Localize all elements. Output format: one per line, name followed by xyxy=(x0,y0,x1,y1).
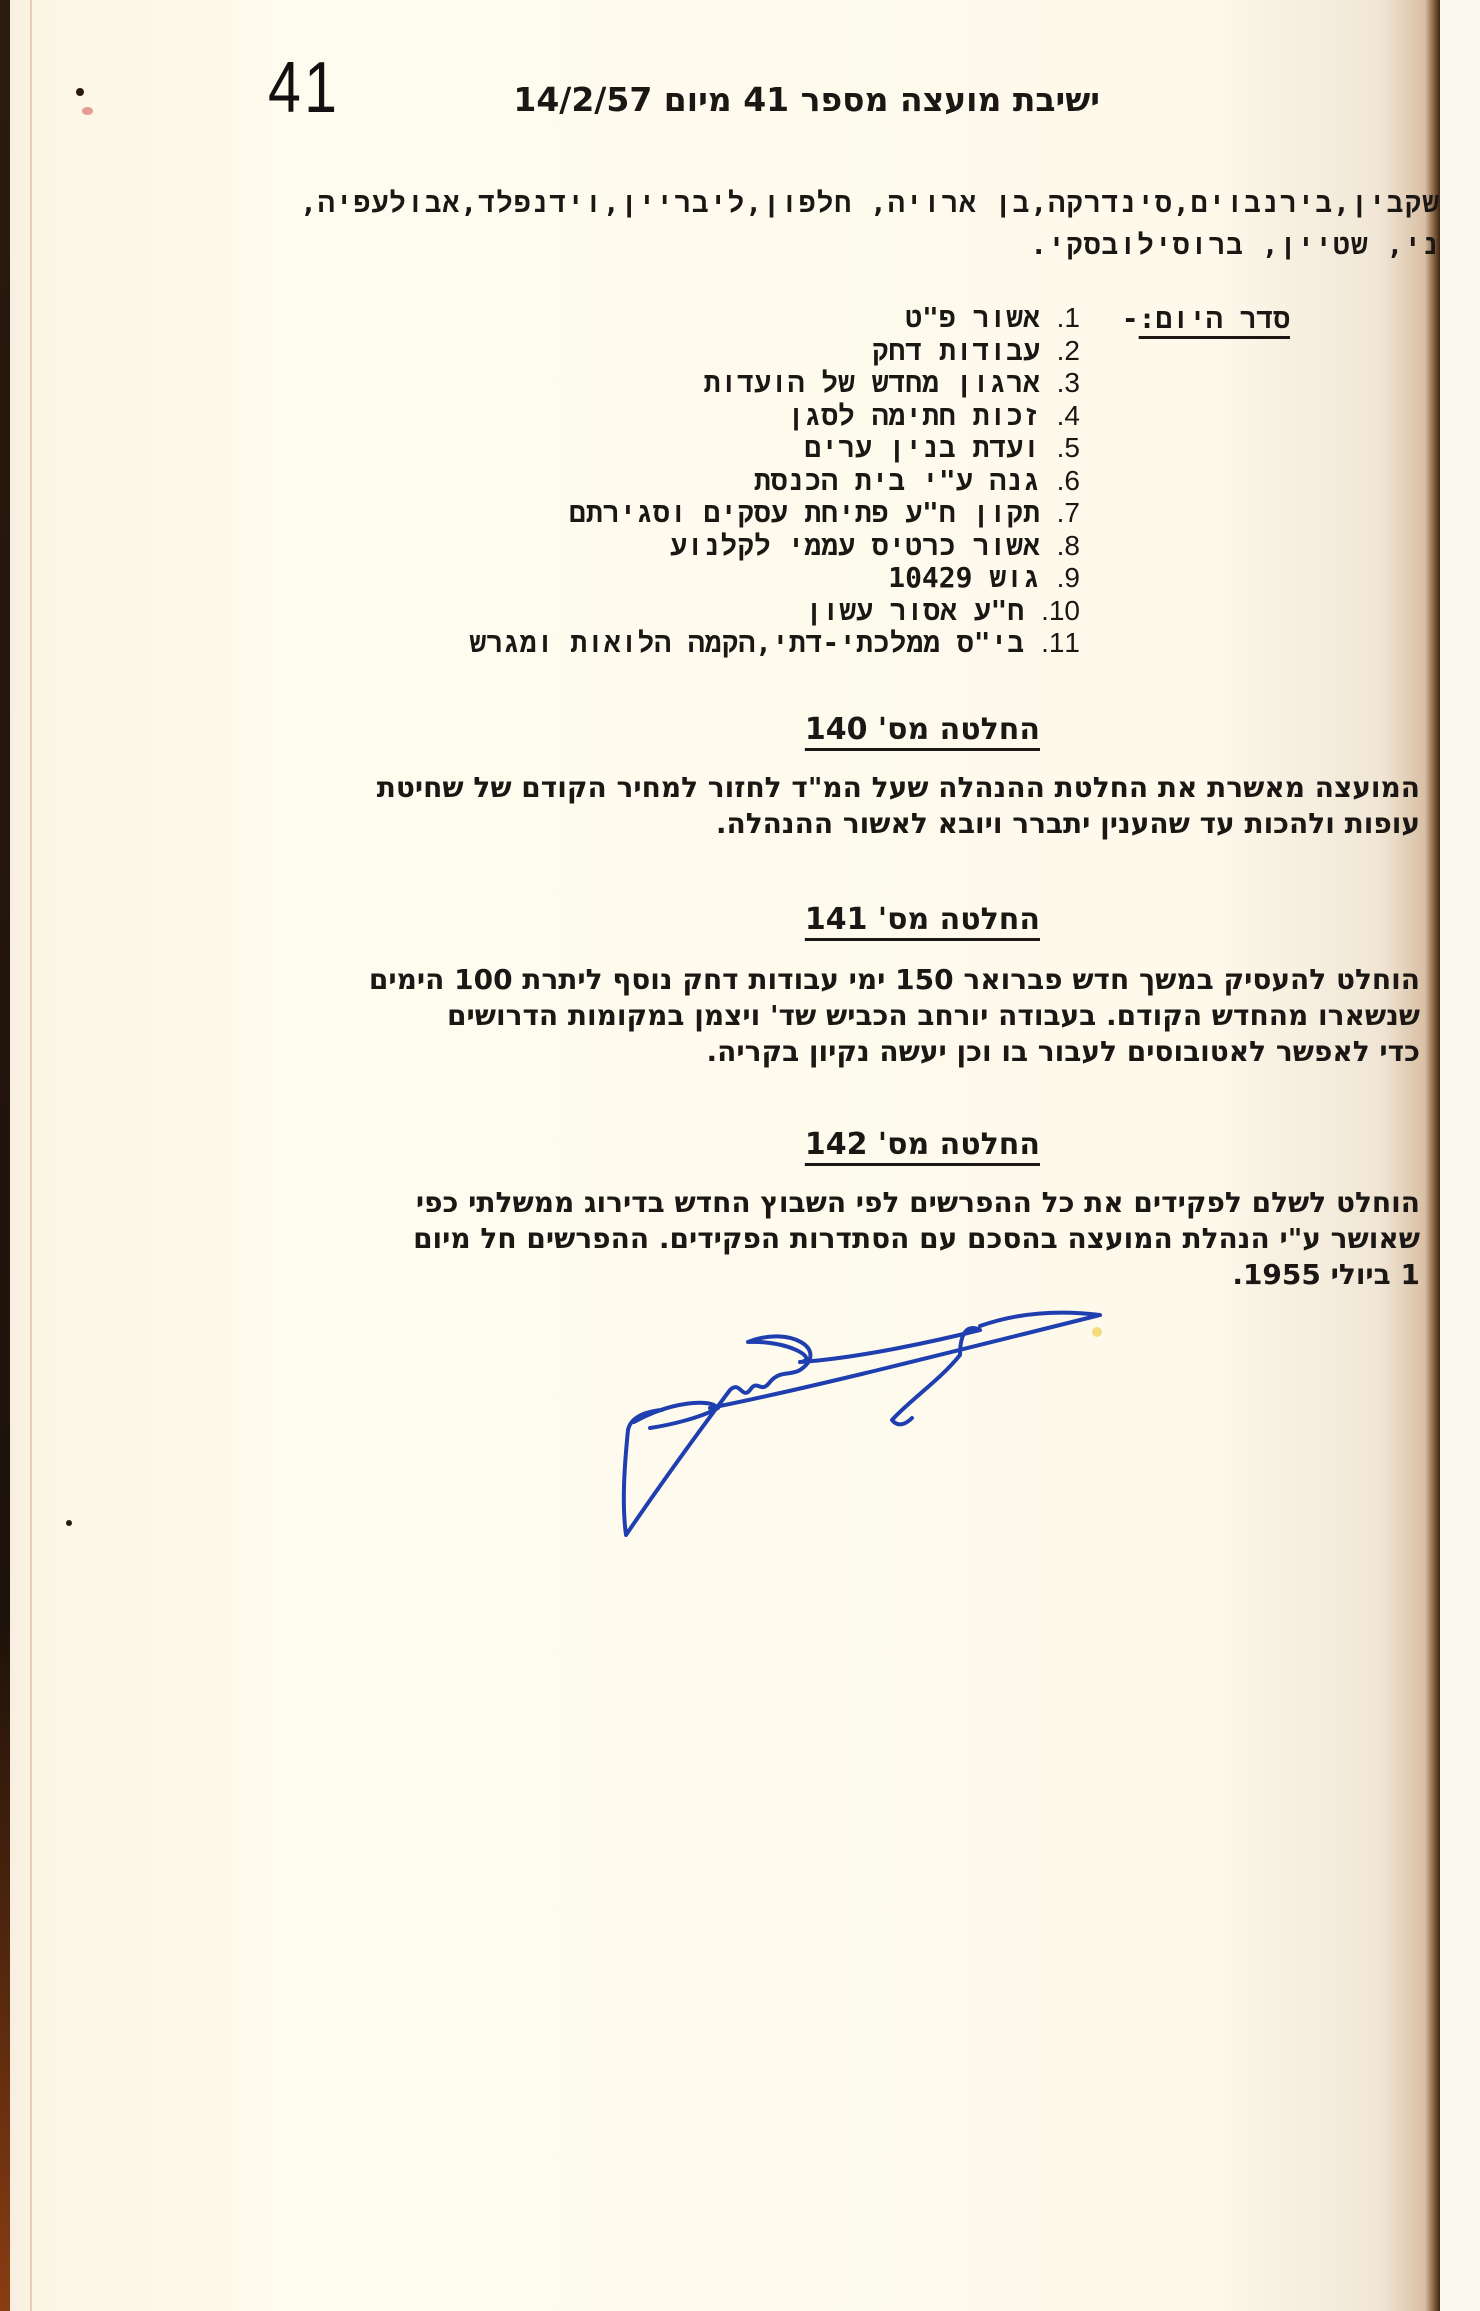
attendees-line: ני, שטיין, ברוסילובסקי. xyxy=(1030,228,1440,263)
agenda-item-text: ועדת בנין ערים xyxy=(804,431,1039,464)
agenda-item-text: אשור פ"ט xyxy=(905,301,1040,334)
agenda-item: 8. אשור כרטיס עממי לקלנוע xyxy=(469,530,1080,563)
decision-heading: החלטה מס' 140 xyxy=(805,712,1040,747)
page-left-edge xyxy=(0,0,10,2311)
agenda-item-text: עבודות דחק xyxy=(872,334,1040,367)
decision-body: המועצה מאשרת את החלטת ההנהלה שעל המ"ד לח… xyxy=(377,770,1420,842)
agenda-item-text: תקון ח"ע פתיחת עסקים וסגירתם xyxy=(569,496,1040,529)
agenda-item-number: 7. xyxy=(1057,497,1080,528)
decision-body: הוחלט להעסיק במשך חדש פברואר 150 ימי עבו… xyxy=(369,962,1420,1070)
agenda-item-number: 11. xyxy=(1041,627,1080,658)
agenda-item-number: 9. xyxy=(1057,562,1080,593)
decision-line: הוחלט לשלם לפקידים את כל ההפרשים לפי השב… xyxy=(413,1185,1420,1221)
decision-heading: החלטה מס' 142 xyxy=(805,1127,1040,1162)
agenda-item-text: אשור כרטיס עממי לקלנוע xyxy=(670,529,1040,562)
agenda-item-number: 6. xyxy=(1057,465,1080,496)
agenda-item-text: גנה ע"י בית הכנסת xyxy=(754,464,1040,497)
page-number: 41 xyxy=(268,52,340,124)
agenda-item-number: 4. xyxy=(1057,400,1080,431)
decision-heading: החלטה מס' 141 xyxy=(805,902,1040,937)
agenda-item-number: 5. xyxy=(1057,432,1080,463)
decision-line: המועצה מאשרת את החלטת ההנהלה שעל המ"ד לח… xyxy=(377,770,1420,806)
agenda-item: 9. גוש 10429 xyxy=(469,562,1080,595)
decision-line: שאושר ע"י הנהלת המועצה בהסכם עם הסתדרות … xyxy=(413,1221,1420,1257)
agenda-item: 7. תקון ח"ע פתיחת עסקים וסגירתם xyxy=(469,497,1080,530)
decision-line: עופות ולהכות עד שהענין יתברר ויובא לאשור… xyxy=(377,806,1420,842)
document-title: ישיבת מועצה מספר 41 מיום 14/2/57 xyxy=(513,80,1100,119)
agenda-label: סדר היום: xyxy=(1139,302,1290,335)
agenda-item-text: גוש 10429 xyxy=(888,561,1040,594)
stain-speck xyxy=(82,107,93,115)
agenda-item: 10. ח"ע אסור עשון xyxy=(469,595,1080,628)
decision-line: הוחלט להעסיק במשך חדש פברואר 150 ימי עבו… xyxy=(369,962,1420,998)
ink-speck xyxy=(76,88,84,96)
agenda-item-number: 2. xyxy=(1057,335,1080,366)
decision-line: כדי לאפשר לאטובוסים לעבור בו וכן יעשה נק… xyxy=(369,1034,1420,1070)
agenda-item-text: ארגון מחדש של הועדות xyxy=(704,366,1040,399)
agenda-item-text: ח"ע אסור עשון xyxy=(806,594,1025,627)
ink-speck xyxy=(66,1520,72,1526)
agenda-header: סדר היום:- xyxy=(1122,302,1290,337)
agenda-item: 6. גנה ע"י בית הכנסת xyxy=(469,465,1080,498)
agenda-item-number: 10. xyxy=(1041,595,1080,626)
agenda-item: 1. אשור פ"ט xyxy=(469,302,1080,335)
agenda-list: 1. אשור פ"ט2. עבודות דחק3. ארגון מחדש של… xyxy=(469,302,1080,660)
agenda-item: 2. עבודות דחק xyxy=(469,335,1080,368)
agenda-item: 5. ועדת בנין ערים xyxy=(469,432,1080,465)
agenda-item: 11. בי"ס ממלכתי-דתי,הקמה הלואות ומגרש xyxy=(469,627,1080,660)
signature xyxy=(600,1280,1120,1540)
agenda-item-number: 1. xyxy=(1057,302,1080,333)
agenda-item-text: זכות חתימה לסגן xyxy=(788,399,1040,432)
attendees-line: שקבין,בירנבוים,סינדרקה,בן ארויה, חלפון,ל… xyxy=(300,186,1440,221)
scan-background xyxy=(1440,0,1480,2311)
decision-line: שנשארו מהחדש הקודם. בעבודה יורחב הכביש ש… xyxy=(369,998,1420,1034)
agenda-item-text: בי"ס ממלכתי-דתי,הקמה הלואות ומגרש xyxy=(469,626,1024,659)
agenda-item: 4. זכות חתימה לסגן xyxy=(469,400,1080,433)
agenda-item-number: 8. xyxy=(1057,530,1080,561)
agenda-item-number: 3. xyxy=(1057,367,1080,398)
margin-line xyxy=(30,0,32,2311)
agenda-dash: - xyxy=(1122,302,1139,335)
decision-body: הוחלט לשלם לפקידים את כל ההפרשים לפי השב… xyxy=(413,1185,1420,1293)
agenda-item: 3. ארגון מחדש של הועדות xyxy=(469,367,1080,400)
